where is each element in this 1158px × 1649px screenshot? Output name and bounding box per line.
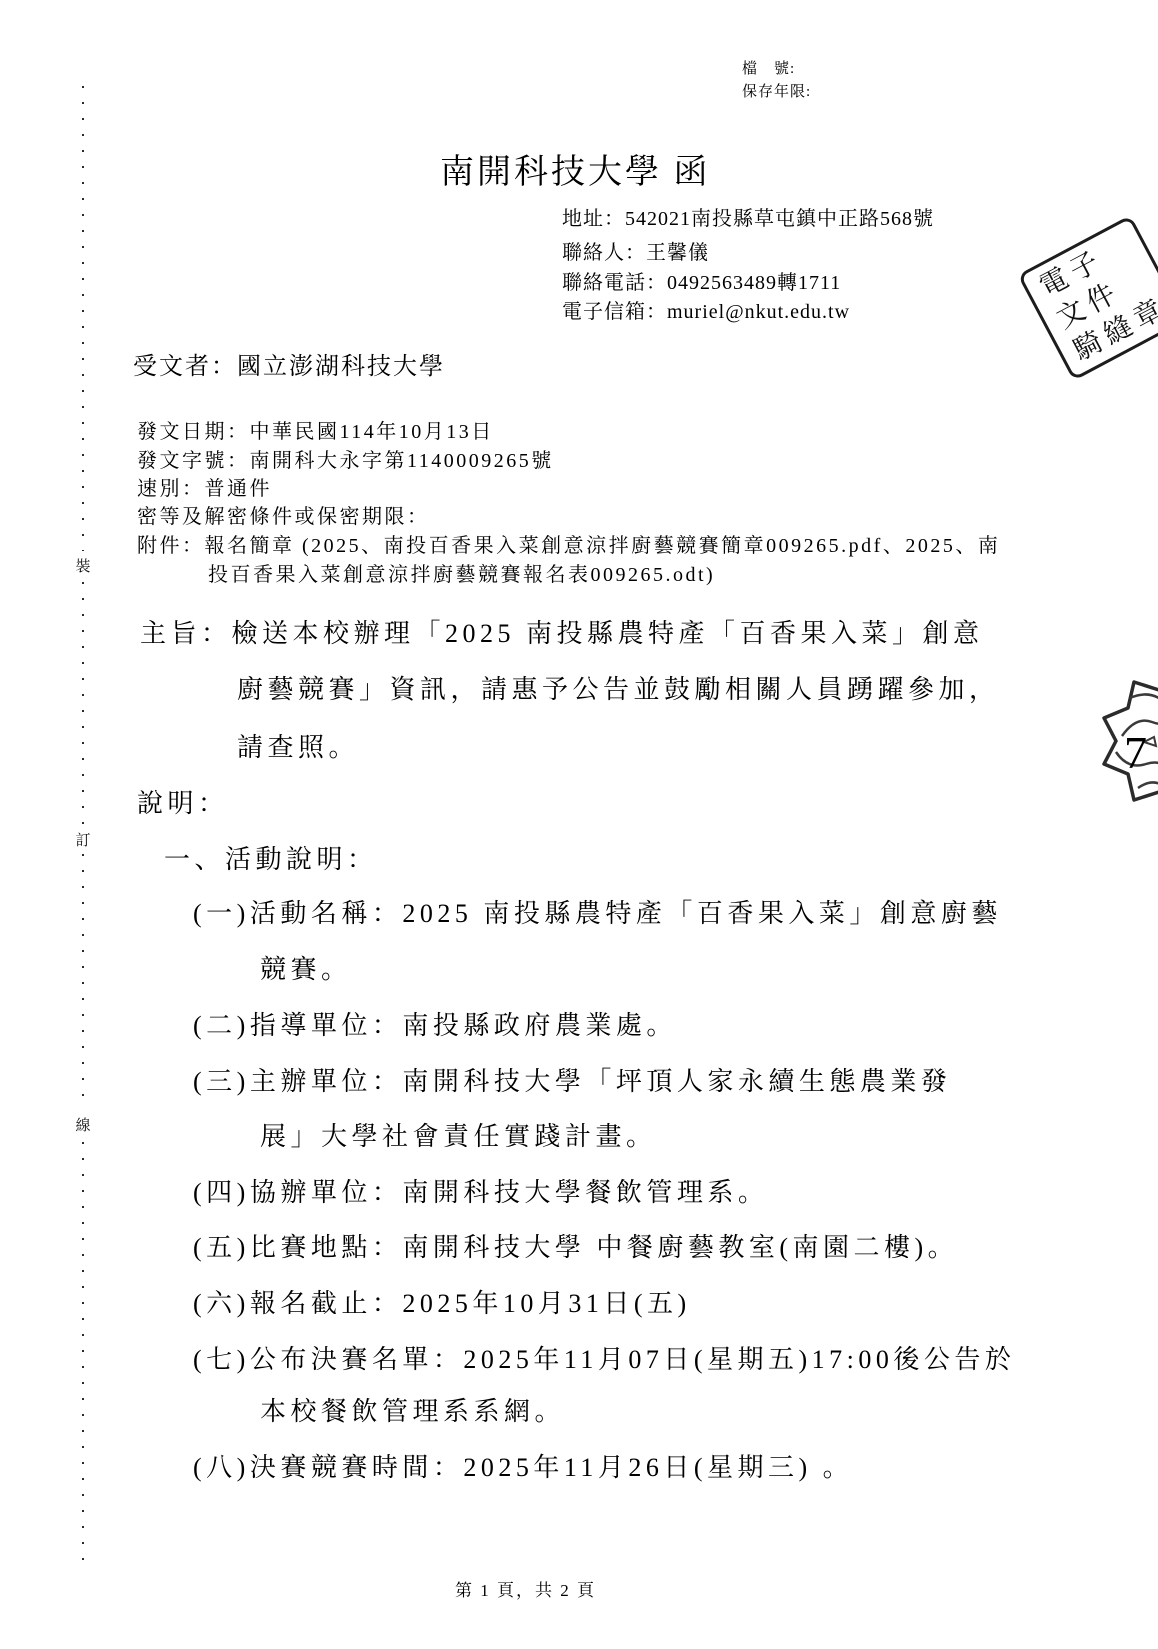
item-2: (二)指導單位：南投縣政府農業處。 <box>193 1005 677 1042</box>
retention-period-label: 保存年限: <box>742 81 811 104</box>
file-number-block: 檔 號: 保存年限: <box>742 58 811 104</box>
file-number-label: 檔 號: <box>742 58 811 81</box>
recipient-line: 受文者：國立澎湖科技大學 <box>133 346 445 381</box>
section-1-header: 一、活動說明： <box>164 839 378 876</box>
letterhead-address: 地址：542021南投縣草屯鎮中正路568號 <box>562 202 934 231</box>
attachment-line-2: 投百香果入菜創意涼拌廚藝競賽報名表009265.odt) <box>208 558 715 587</box>
dispatch-date: 發文日期：中華民國114年10月13日 <box>137 415 494 444</box>
dispatch-number: 發文字號：南開科大永字第1140009265號 <box>137 444 554 473</box>
page-number-footer: 第 1 頁，共 2 頁 <box>455 1576 596 1601</box>
subject-line-3: 請查照。 <box>237 727 359 764</box>
item-6: (六)報名截止：2025年10月31日(五) <box>193 1283 691 1320</box>
item-7-line-2: 本校餐飲管理系系網。 <box>260 1391 565 1428</box>
attachment-line-1: 附件：報名簡章 (2025、南投百香果入菜創意涼拌廚藝競賽簡章009265.pd… <box>137 529 1000 558</box>
item-4: (四)協辦單位：南開科技大學餐飲管理系。 <box>193 1172 768 1209</box>
item-3-line-2: 展」大學社會責任實踐計畫。 <box>260 1116 657 1153</box>
guilloche-seal-icon: 7 <box>1078 660 1158 816</box>
dispatch-speed: 速別：普通件 <box>137 472 272 501</box>
letterhead-phone: 聯絡電話：0492563489轉1711 <box>562 266 841 295</box>
item-8: (八)決賽競賽時間：2025年11月26日(星期三) 。 <box>193 1447 853 1484</box>
seal-digit: 7 <box>1124 727 1147 778</box>
item-5: (五)比賽地點：南開科技大學 中餐廚藝教室(南園二樓)。 <box>193 1227 958 1264</box>
letterhead-contact: 聯絡人：王馨儀 <box>562 236 709 265</box>
item-3-line-1: (三)主辦單位：南開科技大學「坪頂人家永續生態農業發 <box>193 1061 951 1098</box>
official-letter-page: 檔 號: 保存年限: 南開科技大學 函 地址：542021南投縣草屯鎮中正路56… <box>0 0 1158 1649</box>
item-1-line-1: (一)活動名稱：2025 南投縣農特產「百香果入菜」創意廚藝 <box>193 893 1002 930</box>
letterhead-email: 電子信箱：muriel@nkut.edu.tw <box>562 295 850 324</box>
electronic-seam-stamp: 電子 文件 騎縫章 <box>1017 215 1158 381</box>
binding-mark-zhuang: 裝 <box>74 551 92 580</box>
document-title: 南開科技大學 函 <box>440 144 711 193</box>
item-1-line-2: 競賽。 <box>260 949 352 986</box>
item-7-line-1: (七)公布決賽名單：2025年11月07日(星期五)17:00後公告於 <box>193 1339 1015 1376</box>
explanation-label: 說明： <box>137 783 229 820</box>
binding-mark-xian: 線 <box>74 1110 92 1139</box>
binding-mark-ding: 訂 <box>74 825 92 854</box>
dispatch-secrecy: 密等及解密條件或保密期限： <box>137 500 430 529</box>
subject-line-2: 廚藝競賽」資訊，請惠予公告並鼓勵相關人員踴躍參加， <box>237 669 1000 706</box>
subject-line-1: 主旨：檢送本校辦理「2025 南投縣農特產「百香果入菜」創意 <box>140 613 984 650</box>
